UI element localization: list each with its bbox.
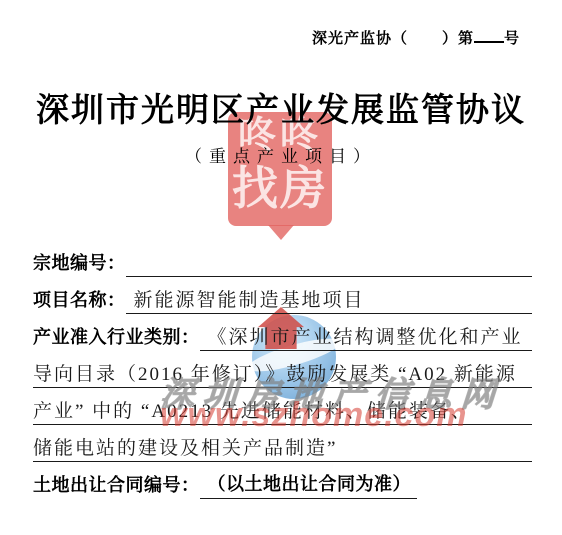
form-fields: 宗地编号： 项目名称： 新能源智能制造基地项目 产业准入行业类别： 《深圳市产业… bbox=[33, 240, 532, 499]
project-value-line: 新能源智能制造基地项目 bbox=[126, 285, 533, 314]
industry-value-line1: 《深圳市产业结构调整优化和产业 bbox=[200, 322, 533, 351]
industry-value-line4: 储能电站的建设及相关产品制造” bbox=[33, 433, 532, 462]
parcel-value-line bbox=[126, 275, 533, 277]
parcel-label: 宗地编号： bbox=[33, 249, 126, 277]
page-subtitle: （重点产业项目） bbox=[0, 142, 562, 167]
industry-label: 产业准入行业类别： bbox=[33, 323, 200, 351]
doc-number-suffix: 号 bbox=[504, 30, 520, 47]
field-row-contract: 土地出让合同编号： （以土地出让合同为准） bbox=[33, 462, 532, 499]
contract-value: （以土地出让合同为准） bbox=[200, 470, 418, 499]
doc-number: 深光产监协（）第号 bbox=[312, 27, 520, 48]
field-row-industry: 产业准入行业类别： 《深圳市产业结构调整优化和产业 bbox=[33, 314, 532, 351]
page-title: 深圳市光明区产业发展监管协议 bbox=[0, 84, 562, 131]
speech-bubble-tail bbox=[268, 225, 294, 240]
szhome-url-watermark: www.szhome.com bbox=[160, 398, 467, 432]
doc-number-prefix: 深光产监协（ bbox=[312, 30, 408, 47]
project-label: 项目名称： bbox=[33, 286, 126, 314]
contract-label: 土地出让合同编号： bbox=[33, 471, 200, 499]
dongdong-logo-line2: 找房 bbox=[228, 160, 332, 216]
field-row-project: 项目名称： 新能源智能制造基地项目 bbox=[33, 277, 532, 314]
doc-number-middle: ）第 bbox=[442, 30, 474, 47]
doc-number-blank-line bbox=[474, 27, 504, 43]
field-row-parcel: 宗地编号： bbox=[33, 240, 532, 277]
